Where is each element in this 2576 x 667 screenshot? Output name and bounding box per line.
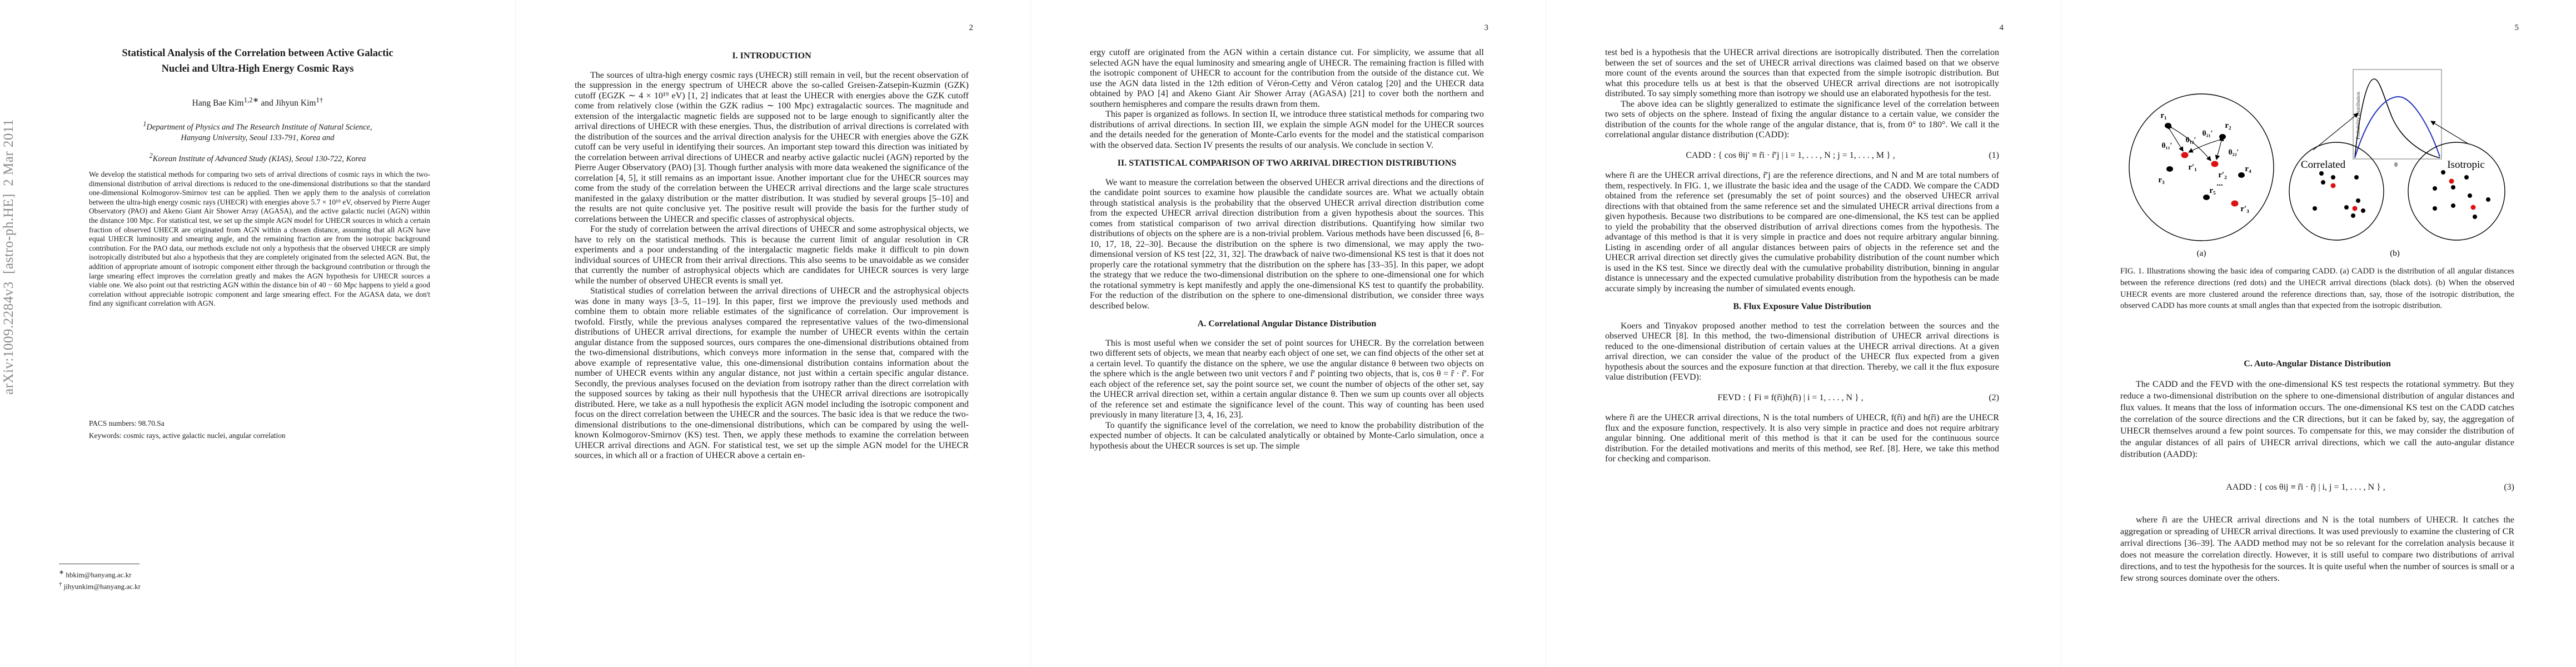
equation-fevd: FEVD : { Fi ≡ f(r̂i)h(r̂i) | i = 1, . . … [1605, 393, 1976, 404]
reference-dot [2449, 179, 2454, 184]
page-number: 5 [2515, 23, 2519, 33]
angle-arrow-22 [2216, 141, 2221, 160]
reference-dot [2353, 206, 2358, 211]
paragraph-continuation: test bed is a hypothesis that the UHECR … [1605, 48, 1999, 99]
footnotes: ∗ hbkim@hanyang.ac.kr † jihyunkim@hanyan… [59, 568, 141, 591]
author-line: Hang Bae Kim1,2∗ and Jihyun Kim1† [0, 96, 515, 108]
affiliation-1: 1Department of Physics and The Research … [0, 119, 515, 133]
author-affiliation-marker: 1† [316, 96, 323, 104]
subsection-heading-fevd: B. Flux Exposure Value Distribution [1622, 302, 1982, 312]
angle-label-21: θ₂₁′ [2203, 129, 2213, 137]
paragraph: This is most useful when we consider the… [1090, 339, 1484, 421]
point-label-r5: r₅ [2209, 186, 2216, 195]
uhecr-dot [2165, 123, 2171, 128]
equation-number: (1) [1976, 151, 1999, 161]
figure-1-caption: FIG. 1. Illustrations showing the basic … [2120, 266, 2514, 312]
angle-label-12: θ₁₂′ [2186, 136, 2196, 144]
equation-aadd: AADD : { cos θij ≡ r̂i · r̂j | i, j = 1,… [2120, 481, 2491, 493]
paragraph: For the study of correlation between the… [575, 225, 969, 286]
cadd-plot-frame [2353, 69, 2442, 159]
uhecr-dot [2486, 197, 2490, 202]
uhecr-dot [2473, 215, 2477, 219]
paragraph: Statistical studies of correlation betwe… [575, 286, 969, 461]
ellipsis-label: ... [2216, 179, 2223, 188]
equation-2-row: FEVD : { Fi ≡ f(r̂i)h(r̂i) | i = 1, . . … [1605, 393, 1999, 404]
equation-1-row: CADD : { cos θij′ ≡ r̂i · r̂′j | i = 1, … [1605, 151, 1999, 161]
figure-1: r₁ r₂ r₃ r₄ r₅ r′₁ r′₂ r′₃ ... θ₁₁′ θ₁₂′… [2117, 32, 2514, 264]
paragraph: where r̂i are the UHECR arrival directio… [2120, 514, 2514, 584]
point-label-r4: r₄ [2245, 165, 2251, 173]
page-5-body: C. Auto-Angular Distance Distribution Th… [2120, 350, 2514, 584]
paragraph: where r̂i are the UHECR arrival directio… [1605, 413, 1999, 465]
angle-label-11: θ₁₁′ [2162, 141, 2173, 150]
panel-a-label: (a) [2197, 249, 2206, 258]
paragraph-continuation: ergy cutoff are originated from the AGN … [1090, 48, 1484, 109]
paper-title-line1: Statistical Analysis of the Correlation … [33, 46, 482, 61]
reference-dot [2331, 183, 2336, 188]
uhecr-dot [2321, 180, 2325, 185]
uhecr-dot [2166, 166, 2173, 172]
affiliations: 1Department of Physics and The Research … [0, 119, 515, 165]
uhecr-dot [2344, 205, 2349, 210]
uhecr-dot [2433, 206, 2437, 211]
paragraph: This paper is organized as follows. In s… [1090, 109, 1484, 151]
uhecr-dot [2319, 171, 2324, 176]
page-number: 4 [2000, 23, 2004, 33]
uhecr-dot [2451, 185, 2455, 190]
panel-b-label: (b) [2390, 249, 2400, 258]
uhecr-dot [2354, 175, 2359, 180]
pacs-numbers: PACS numbers: 98.70.Sa [89, 419, 165, 428]
reference-dot [2211, 161, 2219, 167]
uhecr-dot [2219, 134, 2226, 140]
point-label-rp2: r′₂ [2218, 171, 2227, 180]
uhecr-dot [2464, 175, 2469, 180]
paragraph: where r̂i are the UHECR arrival directio… [1605, 171, 1999, 294]
point-label-r3: r₃ [2158, 176, 2165, 185]
correlated-label: Correlated [2301, 159, 2346, 171]
subsection-heading-cadd: A. Correlational Angular Distance Distri… [1107, 319, 1467, 330]
sphere-outline [2129, 94, 2274, 241]
paragraph: The sources of ultra-high energy cosmic … [575, 71, 969, 225]
point-label-rp1: r′₁ [2188, 163, 2196, 172]
paper-title-line2: Nuclei and Ultra-High Energy Cosmic Rays [33, 61, 482, 77]
page-4-body: test bed is a hypothesis that the UHECR … [1605, 48, 1999, 465]
paragraph: To quantify the significance level of th… [1090, 421, 1484, 452]
panel-a-sphere: r₁ r₂ r₃ r₄ r₅ r′₁ r′₂ r′₃ ... θ₁₁′ θ₁₂′… [2129, 94, 2274, 258]
page-4: 4 test bed is a hypothesis that the UHEC… [1546, 0, 2061, 667]
uhecr-dot [2441, 170, 2445, 175]
page-number: 3 [1484, 23, 1489, 33]
footnote-rule [59, 564, 139, 564]
section-heading-introduction: I. INTRODUCTION [591, 51, 952, 62]
footnote-email-2: † jihyunkim@hanyang.ac.kr [59, 580, 141, 591]
page-2-body: I. INTRODUCTION The sources of ultra-hig… [575, 48, 969, 461]
plot-x-axis-label: θ [2394, 161, 2398, 168]
uhecr-dot [2361, 208, 2365, 213]
uhecr-dot [2313, 206, 2317, 211]
figure-1-canvas: r₁ r₂ r₃ r₄ r₅ r′₁ r′₂ r′₃ ... θ₁₁′ θ₁₂′… [2117, 32, 2514, 261]
author-affiliation-marker: 1,2∗ [244, 96, 259, 104]
document-canvas: { "colors": { "accent_blue": "#2233bb", … [0, 0, 2576, 667]
section-heading-statistical-comparison: II. STATISTICAL COMPARISON OF TWO ARRIVA… [1107, 158, 1467, 169]
isotropic-label: Isotropic [2447, 159, 2485, 171]
reference-dot [2231, 201, 2239, 207]
page-2: 2 I. INTRODUCTION The sources of ultra-h… [515, 0, 1031, 667]
angle-label-22: θ₂₂′ [2229, 148, 2239, 156]
uhecr-dot [2238, 172, 2245, 178]
footnote-email-1: ∗ hbkim@hanyang.ac.kr [59, 568, 141, 580]
affiliation-2: 2Korean Institute of Advanced Study (KIA… [0, 151, 515, 165]
point-label-r2: r₂ [2225, 121, 2231, 130]
point-label-rp3: r′₃ [2240, 205, 2249, 213]
page-number: 2 [969, 23, 974, 33]
uhecr-dot [2433, 186, 2437, 191]
uhecr-dot [2331, 175, 2335, 180]
equation-number: (2) [1976, 393, 1999, 404]
point-label-r1: r₁ [2160, 111, 2166, 120]
panel-b: Probability Distribution θ Correlated [2289, 69, 2505, 258]
paragraph: The above idea can be slightly generaliz… [1605, 99, 1999, 141]
equation-3-row: AADD : { cos θij ≡ r̂i · r̂j | i, j = 1,… [2120, 481, 2514, 493]
uhecr-dot [2451, 203, 2455, 208]
uhecr-dot [2468, 193, 2472, 198]
subsection-heading-aadd: C. Auto-Angular Distance Distribution [2137, 358, 2498, 370]
keywords: Keywords: cosmic rays, active galactic n… [89, 431, 286, 440]
uhecr-dot [2203, 195, 2210, 200]
paragraph: Koers and Tinyakov proposed another meth… [1605, 321, 1999, 383]
page-3-body: ergy cutoff are originated from the AGN … [1090, 48, 1484, 451]
paragraph: The CADD and the FEVD with the one-dimen… [2120, 379, 2514, 460]
equation-cadd: CADD : { cos θij′ ≡ r̂i · r̂′j | i = 1, … [1605, 151, 1976, 161]
equation-number: (3) [2491, 481, 2514, 493]
uhecr-dot [2356, 198, 2360, 203]
page-5: 5 r₁ r₂ r₃ [2061, 0, 2576, 667]
reference-dot [2471, 205, 2476, 210]
paper-title: Statistical Analysis of the Correlation … [33, 46, 482, 77]
reference-dot [2181, 152, 2189, 158]
affiliation-1-cont: Hanyang University, Seoul 133-791, Korea… [0, 133, 515, 143]
page-3: 3 ergy cutoff are originated from the AG… [1030, 0, 1546, 667]
abstract: We develop the statistical methods for c… [89, 170, 430, 308]
paragraph: We want to measure the correlation betwe… [1090, 178, 1484, 312]
uhecr-dot [2351, 213, 2355, 218]
plot-y-axis-label: Probability Distribution [2355, 92, 2361, 140]
page-1-title-page: arXiv:1009.2284v3 [astro-ph.HE] 2 Mar 20… [0, 0, 515, 667]
